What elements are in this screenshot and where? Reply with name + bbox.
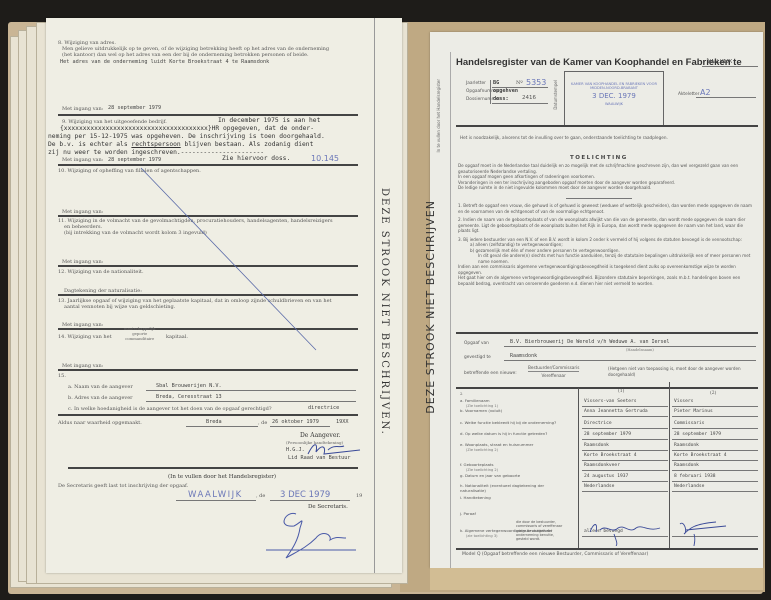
table-cell-col1: Raamsdonk bbox=[584, 443, 668, 450]
underline bbox=[146, 401, 356, 402]
form-footer: Model Q (Opgaaf betreffende een nieuwe B… bbox=[462, 552, 648, 558]
table-cell-col2: Vissers bbox=[674, 399, 758, 406]
dossiernummer-value: 2416 bbox=[522, 95, 536, 101]
gevestigd-value: Raamsdonk bbox=[510, 353, 537, 359]
akteletter-value: A2 bbox=[700, 88, 711, 97]
signoff-date: 26 oktober 1979 bbox=[272, 419, 319, 425]
underline bbox=[582, 406, 668, 407]
underline bbox=[582, 428, 668, 429]
signoff-year: 19XX bbox=[336, 419, 349, 425]
item15-a-value: Sbal Brouwerijen N.V. bbox=[156, 383, 222, 389]
divider bbox=[456, 332, 758, 334]
underline bbox=[270, 426, 330, 427]
aangever-signature bbox=[304, 438, 364, 460]
table-cell-col1: Nederlandse bbox=[584, 484, 668, 491]
item15-b-value: Breda, Ceresstraat 13 bbox=[156, 394, 222, 400]
column-separator bbox=[578, 388, 579, 548]
stamp-date: 3 DEC. 1979 bbox=[565, 92, 663, 100]
item15-c-value: directrice bbox=[308, 405, 339, 411]
toelichting-body: De opgaaf moet in de Nederlandse taal du… bbox=[458, 163, 756, 191]
strip-border bbox=[450, 52, 451, 572]
signature-col2 bbox=[676, 518, 736, 546]
table-row-label: c. Welke functie bekleedt hij bij de ond… bbox=[460, 421, 570, 426]
nr-value: 5353 bbox=[526, 78, 546, 87]
table-row-sublabel: (zie toelichting 3) bbox=[466, 534, 498, 539]
signoff-label: Aldus naar waarheid opgemaakt. bbox=[58, 420, 142, 427]
table-cell-col2: 8 februari 1938 bbox=[674, 474, 758, 481]
opgaaf-van-label: Opgaaf van bbox=[464, 341, 489, 347]
table-cell-col1: Directrice bbox=[584, 421, 668, 428]
divider bbox=[58, 414, 358, 416]
underline bbox=[672, 450, 758, 451]
form-title: Handelsregister van de Kamer van Koophan… bbox=[456, 57, 742, 68]
underline bbox=[672, 428, 758, 429]
divider bbox=[456, 387, 758, 389]
date-stamp-box: KAMER VAN KOOPHANDEL EN FABRIEKEN VOOR M… bbox=[564, 71, 664, 126]
underline bbox=[270, 500, 350, 501]
registry-line: De Secretaris geeft last tot inschrijvin… bbox=[58, 483, 188, 490]
table-cell-col2: 28 september 1979 bbox=[674, 432, 758, 439]
underline bbox=[672, 406, 758, 407]
opgaaf-van-value: B.V. Bierbrouwerij De Wereld v/h Weduwe … bbox=[510, 339, 670, 345]
table-cell-col1: 28 september 1979 bbox=[584, 432, 668, 439]
underline bbox=[176, 500, 256, 501]
signoff-place: Breda bbox=[206, 419, 222, 425]
table-row-label: g. Datum en jaar van geboorte bbox=[460, 474, 570, 479]
handelsnaam-label: (Handelsnaam) bbox=[626, 348, 654, 352]
underline bbox=[672, 439, 758, 440]
table-row-label: b. Voornamen (voluit) bbox=[460, 409, 570, 414]
right-form-page: DEZE STROOK NIET BESCHRIJVEN Handelsregi… bbox=[430, 32, 763, 568]
underline bbox=[672, 491, 758, 492]
column-separator bbox=[669, 382, 670, 548]
underline bbox=[702, 66, 758, 67]
table-col2-header: (2) bbox=[710, 391, 716, 397]
underline bbox=[582, 416, 668, 417]
signature-col1 bbox=[586, 520, 666, 546]
table-cell-col1: Raamsdonkveer bbox=[584, 463, 668, 470]
table-row-label: d. Op welke datum is hij in functie getr… bbox=[460, 432, 570, 437]
registry-side-label: In te vullen door het Handelsregister bbox=[436, 79, 441, 152]
left-form-page: DEZE STROOK NIET BESCHRIJVEN. 8. Wijzigi… bbox=[46, 18, 402, 573]
table-cell-col2: Raamsdonk bbox=[674, 443, 758, 450]
nr-label: Nº bbox=[516, 80, 523, 87]
table-cell-col1: 24 augustus 1937 bbox=[584, 474, 668, 481]
underline bbox=[582, 491, 668, 492]
secretaris-signature bbox=[246, 508, 366, 568]
datumstempel-label: Datumstempel bbox=[553, 80, 558, 110]
registry-place-stamp: WAALWIJK bbox=[188, 490, 243, 500]
table-col0-header: 2 bbox=[460, 391, 463, 396]
stamp-city: WAALWIJK bbox=[565, 102, 663, 106]
item15-a-label: a. Naam van de aangever bbox=[68, 384, 133, 391]
item15-b-label: b. Adres van de aangever bbox=[68, 395, 133, 402]
underline bbox=[504, 346, 756, 347]
underline bbox=[582, 470, 668, 471]
folder-bottom-edge bbox=[430, 568, 763, 590]
underline bbox=[146, 390, 356, 391]
strip-warning-text: DEZE STROOK NIET BESCHRIJVEN bbox=[424, 200, 437, 414]
signature-note: die door de bestuurder, commissaris of v… bbox=[516, 520, 566, 541]
notes-body: 1. Betreft de opgaaf een vrouw, die gehu… bbox=[458, 203, 756, 286]
divider bbox=[456, 548, 758, 550]
underline bbox=[582, 460, 668, 461]
table-cell-col1: Anna Jeannetta Gertruda bbox=[584, 409, 668, 416]
underline bbox=[672, 460, 758, 461]
underline bbox=[492, 103, 548, 104]
underline bbox=[582, 481, 668, 482]
table-row-label: j. Paraaf bbox=[460, 512, 570, 517]
table-col1-header: (1) bbox=[618, 389, 624, 395]
table-cell-col2: Commissaris bbox=[674, 421, 758, 428]
strip-warning-text: DEZE STROOK NIET BESCHRIJVEN. bbox=[379, 188, 390, 436]
signoff-name-typed: H.G.J. bbox=[286, 447, 305, 453]
stamp-line2: MIDDEN-NOORD-BRABANT bbox=[565, 86, 663, 90]
betreffende-label: betreffende een nieuwe: bbox=[464, 371, 517, 377]
strike-through-line bbox=[46, 18, 376, 378]
table-cell-col1: Korte Broekstraat 4 bbox=[584, 453, 637, 458]
betreffende-options: Bestuurder/Commissaris Vereffenaar bbox=[528, 364, 579, 379]
betreffende-note: (Hetgeen niet van toepassing is, moet do… bbox=[608, 366, 756, 377]
underline bbox=[186, 426, 258, 427]
registry-header: (In te vullen door het Handelsregister) bbox=[168, 474, 276, 481]
underline bbox=[696, 97, 756, 98]
registry-date-stamp: 3 DEC 1979 bbox=[280, 490, 330, 500]
underline bbox=[672, 416, 758, 417]
underline bbox=[672, 481, 758, 482]
table-row-label: h. Nationaliteit (eventueel dagtekening … bbox=[460, 484, 570, 494]
table-cell-col2: Raamsdonk bbox=[674, 463, 758, 470]
table-row-label: i. Handtekening bbox=[460, 496, 570, 501]
table-row-sublabel: (Zie toelichting 2) bbox=[466, 468, 498, 473]
divider bbox=[566, 198, 632, 199]
underline bbox=[582, 439, 668, 440]
table-cell-col2: Korte Broekstraat 4 bbox=[674, 453, 727, 458]
intro-text: Het is noodzakelijk, alvorens tot de inv… bbox=[460, 135, 668, 140]
signoff-de: , de bbox=[258, 420, 267, 427]
underline bbox=[582, 450, 668, 451]
table-row-sublabel: (Zie toelichting 2) bbox=[466, 448, 498, 453]
underline bbox=[672, 470, 758, 471]
table-cell-col2: Nederlandse bbox=[674, 484, 758, 491]
table-cell-col1: Vissers-van Seeters bbox=[584, 399, 668, 406]
jaarletter-label: Jaarletter bbox=[466, 81, 486, 87]
divider bbox=[68, 467, 358, 469]
registry-de: , de bbox=[256, 493, 265, 500]
table-cell-col2: Pieter Marinus bbox=[674, 409, 758, 416]
toelichting-title: TOELICHTING bbox=[570, 155, 628, 161]
divider bbox=[456, 125, 758, 127]
dossiernummer-prefix: doss: bbox=[493, 96, 509, 102]
gevestigd-label: gevestigd te bbox=[464, 355, 491, 361]
field-separator bbox=[490, 80, 491, 104]
form-city: WAALWIJK bbox=[708, 59, 732, 65]
underline bbox=[504, 360, 756, 361]
registry-year: 19 bbox=[356, 493, 362, 500]
jaarletter-value: BG bbox=[493, 80, 499, 86]
opgaafnummer-value: opgehven bbox=[493, 88, 518, 94]
item15-c-label: c. In welke hoedanigheid is de aangever … bbox=[68, 406, 272, 413]
